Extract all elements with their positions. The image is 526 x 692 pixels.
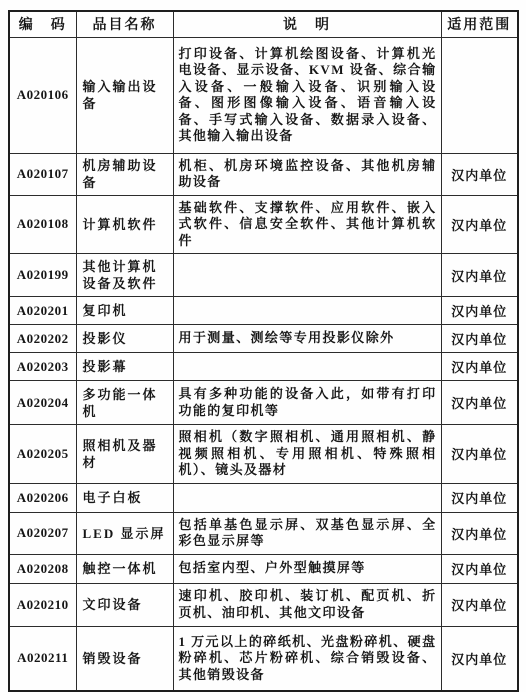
item-description: 包括室内型、户外型触摸屏等 [173,554,441,583]
item-description: 1 万元以上的碎纸机、光盘粉碎机、硬盘粉碎机、芯片粉碎机、综合销毁设备、其他销毁… [173,626,441,691]
item-name: 输入输出设备 [76,37,173,153]
table-row: A020208 触控一体机 包括室内型、户外型触摸屏等 汉内单位 [9,554,518,583]
item-description: 具有多种功能的设备入此，如带有打印功能的复印机等 [173,381,441,425]
table-row: A020199 其他计算机设备及软件 汉内单位 [9,254,518,297]
item-name: 销毁设备 [76,626,173,691]
item-name: 复印机 [76,297,173,325]
item-code: A020203 [9,353,76,381]
item-scope: 汉内单位 [441,626,518,691]
item-name: 其他计算机设备及软件 [76,254,173,297]
item-name: LED 显示屏 [76,512,173,554]
item-description: 速印机、胶印机、装订机、配页机、折页机、油印机、其他文印设备 [173,583,441,626]
item-name: 投影仪 [76,325,173,353]
item-code: A020106 [9,37,76,153]
item-scope: 汉内单位 [441,512,518,554]
item-description [173,254,441,297]
item-scope: 汉内单位 [441,254,518,297]
item-code: A020202 [9,325,76,353]
item-name: 触控一体机 [76,554,173,583]
item-description: 用于测量、测绘等专用投影仪除外 [173,325,441,353]
table-row: A020205 照相机及器材 照相机（数字照相机、通用照相机、静视频照相机、专用… [9,425,518,484]
item-code: A020206 [9,483,76,512]
item-scope: 汉内单位 [441,353,518,381]
item-scope: 汉内单位 [441,325,518,353]
item-code: A020107 [9,153,76,195]
item-description: 基础软件、支撑软件、应用软件、嵌入式软件、信息安全软件、其他计算机软件 [173,195,441,254]
table-row: A020107 机房辅助设备 机柜、机房环境监控设备、其他机房辅助设备 汉内单位 [9,153,518,195]
item-name: 多功能一体机 [76,381,173,425]
table-row: A020207 LED 显示屏 包括单基色显示屏、双基色显示屏、全彩色显示屏等 … [9,512,518,554]
item-description: 包括单基色显示屏、双基色显示屏、全彩色显示屏等 [173,512,441,554]
table-row: A020206 电子白板 汉内单位 [9,483,518,512]
item-scope: 汉内单位 [441,554,518,583]
item-scope: 汉内单位 [441,297,518,325]
item-code: A020211 [9,626,76,691]
item-code: A020108 [9,195,76,254]
item-scope [441,37,518,153]
procurement-catalog-table: 编 码 品目名称 说 明 适用范围 A020106 输入输出设备 打印设备、计算… [8,10,519,692]
item-description [173,483,441,512]
item-scope: 汉内单位 [441,425,518,484]
item-description: 打印设备、计算机绘图设备、计算机光电设备、显示设备、KVM 设备、综合输入设备、… [173,37,441,153]
item-name: 投影幕 [76,353,173,381]
item-scope: 汉内单位 [441,483,518,512]
table-row: A020201 复印机 汉内单位 [9,297,518,325]
document-page: 编 码 品目名称 说 明 适用范围 A020106 输入输出设备 打印设备、计算… [0,0,526,692]
col-header-item-name: 品目名称 [76,11,173,37]
item-code: A020207 [9,512,76,554]
table-row: A020210 文印设备 速印机、胶印机、装订机、配页机、折页机、油印机、其他文… [9,583,518,626]
item-scope: 汉内单位 [441,153,518,195]
table-row: A020204 多功能一体机 具有多种功能的设备入此，如带有打印功能的复印机等 … [9,381,518,425]
col-header-code: 编 码 [9,11,76,37]
table-row: A020106 输入输出设备 打印设备、计算机绘图设备、计算机光电设备、显示设备… [9,37,518,153]
table-row: A020108 计算机软件 基础软件、支撑软件、应用软件、嵌入式软件、信息安全软… [9,195,518,254]
item-name: 文印设备 [76,583,173,626]
item-name: 计算机软件 [76,195,173,254]
item-code: A020201 [9,297,76,325]
item-description: 照相机（数字照相机、通用照相机、静视频照相机、专用照相机、特殊照相机）、镜头及器… [173,425,441,484]
item-code: A020208 [9,554,76,583]
item-code: A020210 [9,583,76,626]
item-name: 照相机及器材 [76,425,173,484]
item-name: 电子白板 [76,483,173,512]
item-scope: 汉内单位 [441,381,518,425]
item-scope: 汉内单位 [441,583,518,626]
col-header-scope: 适用范围 [441,11,518,37]
table-row: A020203 投影幕 汉内单位 [9,353,518,381]
item-description [173,353,441,381]
item-code: A020204 [9,381,76,425]
col-header-description: 说 明 [173,11,441,37]
header-row: 编 码 品目名称 说 明 适用范围 [9,11,518,37]
item-code: A020199 [9,254,76,297]
item-scope: 汉内单位 [441,195,518,254]
item-name: 机房辅助设备 [76,153,173,195]
table-row: A020202 投影仪 用于测量、测绘等专用投影仪除外 汉内单位 [9,325,518,353]
table-row: A020211 销毁设备 1 万元以上的碎纸机、光盘粉碎机、硬盘粉碎机、芯片粉碎… [9,626,518,691]
item-code: A020205 [9,425,76,484]
item-description [173,297,441,325]
table-body: A020106 输入输出设备 打印设备、计算机绘图设备、计算机光电设备、显示设备… [9,37,518,691]
item-description: 机柜、机房环境监控设备、其他机房辅助设备 [173,153,441,195]
